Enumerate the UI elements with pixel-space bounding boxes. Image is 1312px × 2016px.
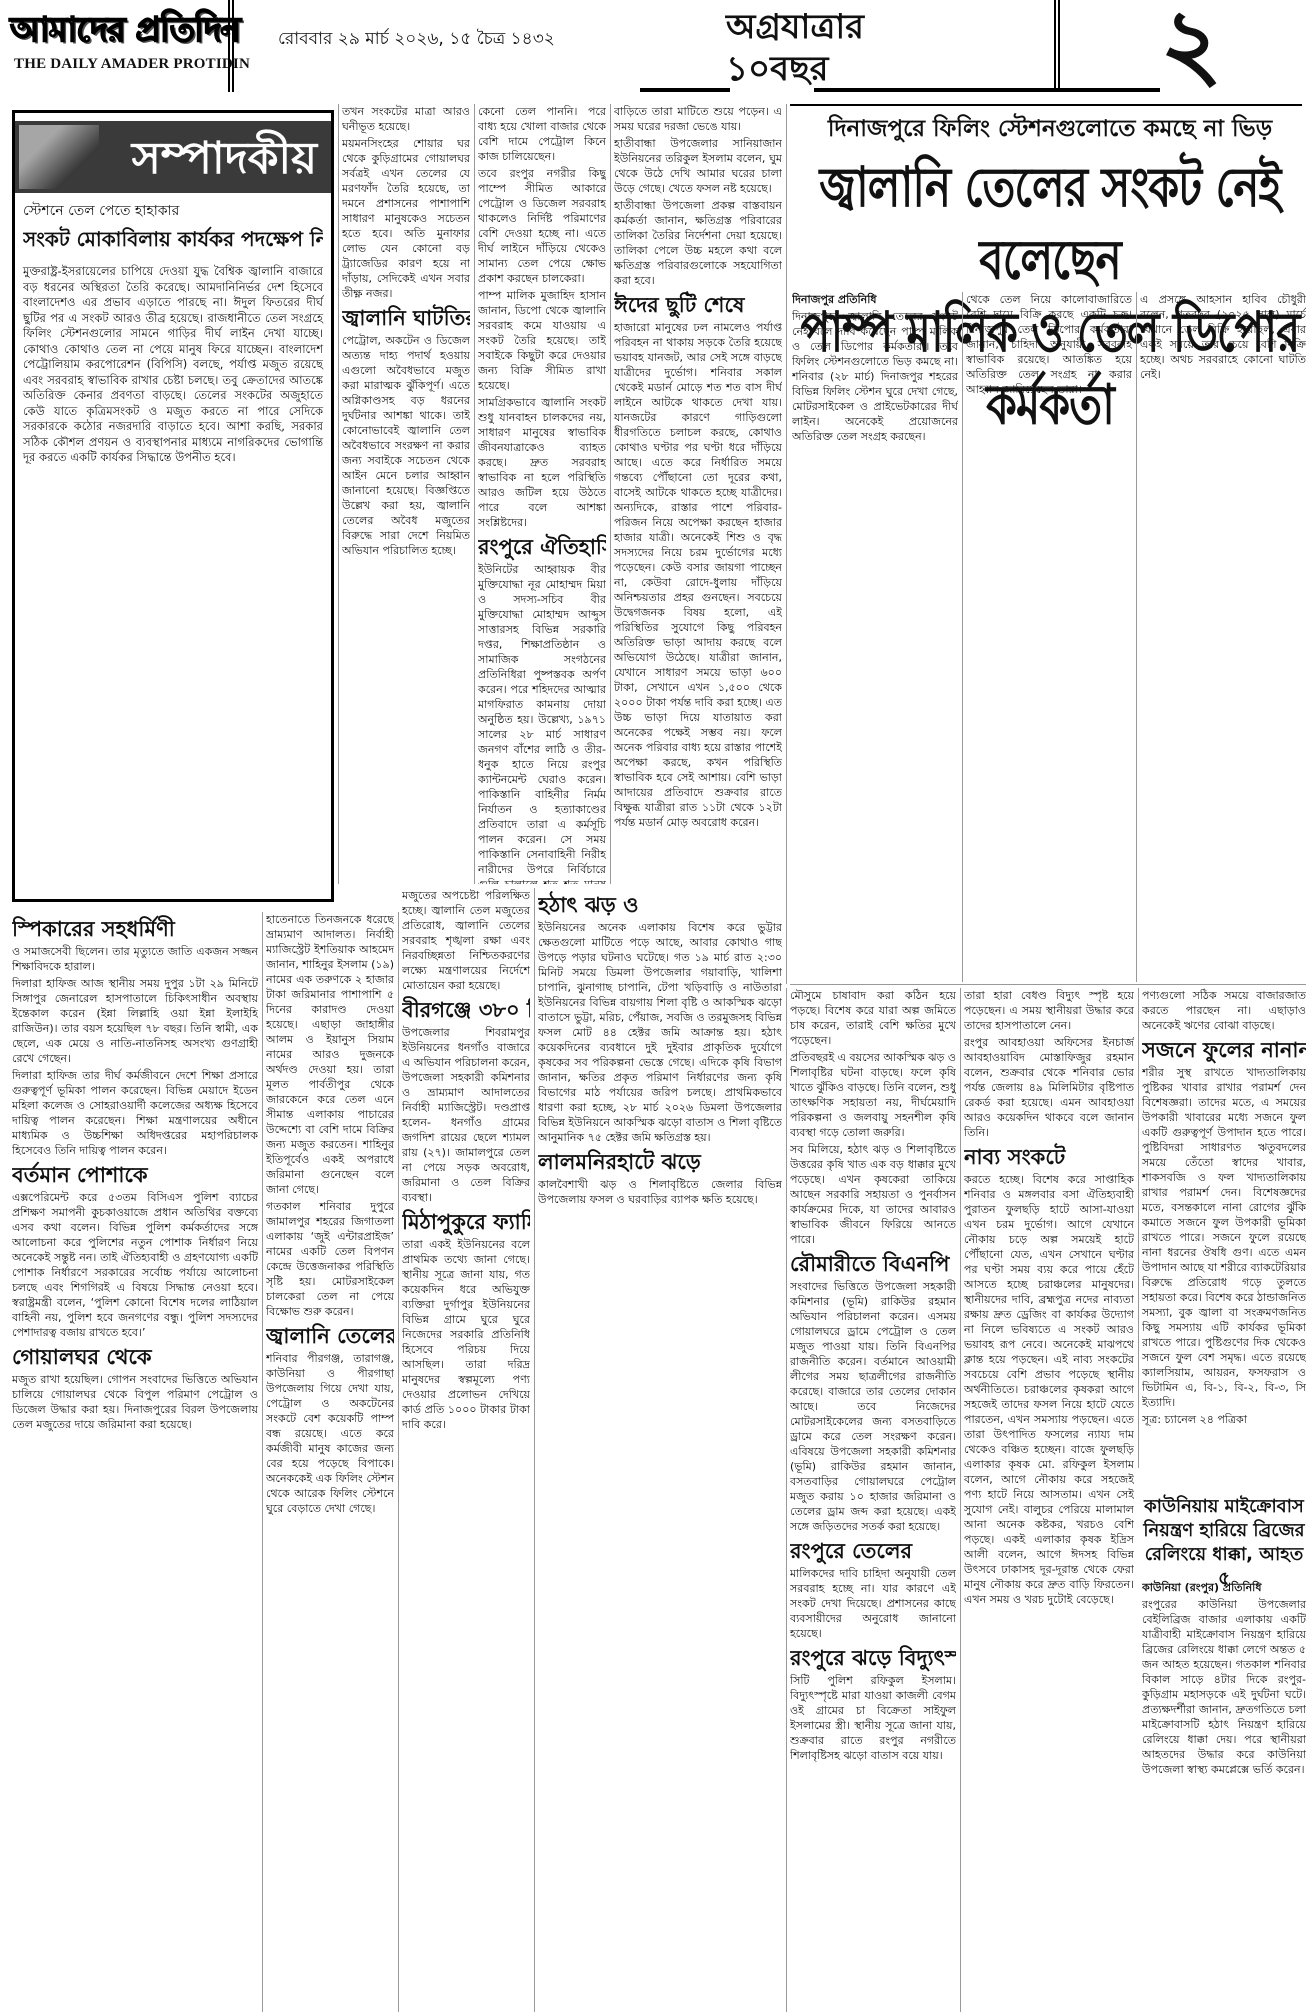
paragraph: ইউনিয়নের অনেক এলাকায় বিশেষ করে ভুট্টার… (538, 920, 782, 1145)
column-divider (962, 292, 963, 982)
column-divider (534, 888, 535, 2012)
column-divider (960, 988, 961, 2012)
paragraph: ইউনিটের আহ্বায়ক বীর মুক্তিযোদ্ধা নূর মো… (478, 562, 606, 884)
paragraph: শনিবার পীরগঞ্জ, তারাগঞ্জ, কাউনিয়া ও পীর… (266, 1351, 394, 1516)
editorial-headline: সংকট মোকাবিলায় কার্যকর পদক্ষেপ নিন (23, 225, 323, 258)
editorial-body: মুক্তরাষ্ট্র-ইসরায়েলের চাপিয়ে দেওয়া য… (23, 264, 323, 466)
byline: কাউনিয়া (রংপুর) প্রতিনিধি (1142, 1580, 1306, 1595)
paragraph: তখন সংকটের মাত্রা আরও ঘনীভূত হয়েছে। (342, 104, 470, 134)
paragraph: ময়মনসিংহের শোয়ার ঘর থেকে কুড়িগ্রামের … (342, 136, 470, 301)
paragraph: ও সমাজসেবী ছিলেন। তার মৃত্যুতে জাতি একজন… (12, 944, 258, 974)
article-column-roumari: মৌসুমে চাষাবাদ করা কঠিন হয়ে পড়ছে। বিশে… (790, 988, 956, 2012)
masthead-divider-right (1054, 0, 1060, 92)
article-column-navigability: তারা হারা বেধণ্ড বিদ্যুৎ স্পৃষ্ট হয়ে পড… (964, 988, 1134, 2012)
lead-story-kicker: দিনাজপুরে ফিলিং স্টেশনগুলোতে কমছে না ভিড… (800, 110, 1300, 149)
article-column-speaker-wife: স্পিকারের সহধর্মিণী ও সমাজসেবী ছিলেন। তা… (12, 912, 258, 2012)
paragraph: পেট্রোল, অকটেন ও ডিজেল অত্যন্ত দাহ্য পদা… (342, 333, 470, 558)
column-divider (786, 104, 787, 984)
lead-story-column-3: এ প্রসঙ্গে আহসান হাবিব চৌধুরী বলেন, গতবছ… (1140, 292, 1306, 982)
subhead: রংপুরে ঐতিহাসিক (478, 534, 606, 560)
paragraph: রংপুরের কাউনিয়া উপজেলার বেইলিব্রিজ বাজা… (1142, 1597, 1306, 1777)
paragraph: শরীর সুস্থ রাখতে খাদ্যতালিকায় পুষ্টিকর … (1142, 1065, 1306, 1410)
lead-story-column-1: দিনাজপুর প্রতিনিধি দিনাজপুরে জ্বালানি তে… (792, 292, 958, 982)
subhead: মিঠাপুকুরে ফ্যামিলি (402, 1209, 530, 1235)
column-divider (338, 104, 339, 884)
paragraph: তারা হারা বেধণ্ড বিদ্যুৎ স্পৃষ্ট হয়ে পড… (964, 988, 1134, 1033)
lead-story-rule (790, 104, 1302, 106)
lead-headline-line-1: জ্বালানি তেলের সংকট নেই বলেছেন (790, 152, 1310, 297)
paragraph: কেনো তেল পাননি। পরে বাধ্য হয়ে খোলা বাজা… (478, 104, 606, 164)
sidebar-story-body: কাউনিয়া (রংপুর) প্রতিনিধি রংপুরের কাউনি… (1142, 1580, 1306, 2010)
editorial-kicker: স্টেশনে তেল পেতে হাহাকার (23, 199, 323, 223)
subhead: লালমনিরহাটে ঝড়ে (538, 1149, 782, 1175)
subhead: ঈদের ছুটি শেষে (614, 292, 782, 318)
paragraph: গতকাল শনিবার দুপুরে জামালপুর শহরের জিগাত… (266, 1199, 394, 1319)
paragraph: মালিকদের দাবি চাহিদা অনুযায়ী তেল সরবরাহ… (790, 1566, 956, 1641)
article-column-mobile-court: হাতেনাতে তিনজনকে ধরেছে ভ্রাম্যমাণ আদালত।… (266, 912, 394, 2012)
paragraph: সব মিলিয়ে, হঠাৎ ঝড় ও শিলাবৃষ্টিতে উত্ত… (790, 1142, 956, 1247)
paragraph: হাতীবান্ধা উপজেলা প্রকল্প বাস্তবায়ন কর্… (614, 198, 782, 288)
paragraph: প্রতিবছরই এ বয়সের আকস্মিক ঝড় ও শিলাবৃষ… (790, 1050, 956, 1140)
paragraph: মৌসুমে চাষাবাদ করা কঠিন হয়ে পড়ছে। বিশে… (790, 988, 956, 1048)
subhead: সজনে ফুলের নানান (1142, 1037, 1306, 1063)
subhead: জ্বালানি ঘাটতির (342, 305, 470, 331)
subhead: বীরগঞ্জে ৩৮০ লিটার (402, 997, 530, 1023)
paragraph: সংবাদের ভিত্তিতে উপজেলা সহকারী কমিশনার (… (790, 1279, 956, 1534)
article-column-rangpur: কেনো তেল পাননি। পরে বাধ্য হয়ে খোলা বাজা… (478, 104, 606, 884)
newspaper-name-english: THE DAILY AMADER PROTIDIN (14, 56, 250, 73)
subhead: স্পিকারের সহধর্মিণী (12, 916, 258, 942)
paragraph: হাজারো মানুষের ঢল নামলেও পর্যাপ্ত পরিবহন… (614, 320, 782, 830)
lead-story-column-2: থেকে তেল নিয়ে কালোবাজারিতে বেশি দামে বি… (966, 292, 1132, 982)
paragraph: তবে রংপুর নগরীর কিছু পাম্পে সীমিত আকারে … (478, 166, 606, 286)
paragraph: সামগ্রিকভাবে জ্বালানি সংকট শুধু যানবাহন … (478, 395, 606, 530)
paragraph: দিলারা হাফিজ আজ স্থানীয় সময় দুপুর ১টা … (12, 976, 258, 1066)
column-divider (398, 912, 399, 2012)
editorial-banner: সম্পাদকীয় (15, 121, 331, 193)
paragraph: থেকে তেল নিয়ে কালোবাজারিতে বেশি দামে বি… (966, 292, 1132, 397)
masthead-underline-left (640, 88, 730, 92)
paragraph: হাতেনাতে তিনজনকে ধরেছে ভ্রাম্যমাণ আদালত।… (266, 912, 394, 1197)
column-divider (474, 104, 475, 884)
subhead: রংপুরে তেলের (790, 1538, 956, 1564)
column-divider (1138, 988, 1139, 1468)
newspaper-logo: আমাদের প্রতিদিন (10, 4, 240, 61)
byline: দিনাজপুর প্রতিনিধি (792, 292, 958, 307)
paragraph: দিনাজপুরে জ্বালানি তেলের সংকট নেই বলে দা… (792, 309, 958, 444)
subhead: রংপুরে ঝড়ে বিদ্যুৎস্পৃষ্ট (790, 1645, 956, 1671)
column-divider (786, 988, 787, 2012)
paragraph: পণ্যগুলো সঠিক সময়ে বাজারজাত করতে পারছেন… (1142, 988, 1306, 1033)
article-column-fuel-shortage: তখন সংকটের মাত্রা আরও ঘনীভূত হয়েছে। ময়… (342, 104, 470, 884)
subhead: নাব্য সংকটে (964, 1144, 1134, 1170)
paragraph: কালবৈশাখী ঝড় ও শিলাবৃষ্টিতে জেলার বিভিন… (538, 1177, 782, 1207)
subhead: হঠাৎ ঝড় ও (538, 892, 782, 918)
section-divider (790, 984, 1306, 985)
masthead-divider (228, 0, 234, 92)
paragraph: করতে হচ্ছে। বিশেষ করে সাপ্তাহিক শনিবার ও… (964, 1172, 1134, 1607)
paragraph: হাতীবান্ধা উপজেলার সানিয়াজান ইউনিয়নের … (614, 136, 782, 196)
anniversary-line-1: অগ্রযাত্রার (726, 6, 864, 48)
article-column-storm: হঠাৎ ঝড় ও ইউনিয়নের অনেক এলাকায় বিশেষ … (538, 888, 782, 2012)
editorial-box: সম্পাদকীয় স্টেশনে তেল পেতে হাহাকার সংকট… (12, 110, 334, 902)
paragraph: এক্সপেরিমেন্ট করে ৫৩তম বিসিএস পুলিশ ব্যা… (12, 1190, 258, 1340)
subhead: রৌমারীতে বিএনপি (790, 1251, 956, 1277)
source-credit: সূত্র: চ্যানেল ২৪ পত্রিকা (1142, 1412, 1306, 1427)
article-column-eid: বাড়িতে তারা মাটিতে শুয়ে পড়েন। এ সময় … (614, 104, 782, 984)
masthead-underline (814, 88, 1160, 92)
paragraph: এ প্রসঙ্গে আহসান হাবিব চৌধুরী বলেন, গতবছ… (1140, 292, 1306, 382)
article-column-moringa: পণ্যগুলো সঠিক সময়ে বাজারজাত করতে পারছেন… (1142, 988, 1306, 1468)
paragraph: তারা একই ইউনিয়নের বলে প্রাথমিক তথ্যে জা… (402, 1237, 530, 1432)
column-divider (262, 912, 263, 2012)
page-number: ২ (1160, 0, 1222, 94)
paragraph: মজুতের অপচেষ্টা পরিলক্ষিত হচ্ছে। জ্বালান… (402, 888, 530, 993)
quill-pen-icon (19, 125, 99, 189)
subhead: জ্বালানি তেলের (266, 1323, 394, 1349)
column-divider (1136, 292, 1137, 982)
sidebar-story-headline: কাউনিয়ায় মাইক্রোবাস নিয়ন্ত্রণ হারিয়ে… (1142, 1495, 1306, 1591)
column-divider (610, 104, 611, 884)
paragraph: পাম্প মালিক মুজাহিদ হাসান জানান, ডিপো থে… (478, 288, 606, 393)
paragraph: মজুত রাখা হয়েছিল। গোপন সংবাদের ভিত্তিতে… (12, 1372, 258, 1432)
paragraph: উপজেলার শিবরামপুর ইউনিয়নের ধনগাঁও বাজার… (402, 1025, 530, 1205)
issue-date: রোববার ২৯ মার্চ ২০২৬, ১৫ চৈত্র ১৪৩২ (278, 26, 555, 54)
masthead: আমাদের প্রতিদিন THE DAILY AMADER PROTIDI… (0, 0, 1312, 100)
paragraph: রংপুর আবহাওয়া অফিসের ইনচার্জ আবহাওয়াবি… (964, 1035, 1134, 1140)
article-column-birganj: মজুতের অপচেষ্টা পরিলক্ষিত হচ্ছে। জ্বালান… (402, 888, 530, 2012)
subhead: বর্তমান পোশাকে (12, 1162, 258, 1188)
paragraph: দিলারা হাফিজ তার দীর্ঘ কর্মজীবনে দেশে শি… (12, 1068, 258, 1158)
editorial-title: সম্পাদকীয় (132, 125, 317, 198)
anniversary-line-2: ১০বছর (726, 48, 864, 90)
paragraph: সিটি পুলিশ রফিকুল ইসলাম। বিদ্যুৎস্পৃষ্টে… (790, 1673, 956, 1763)
anniversary-badge: অগ্রযাত্রার ১০বছর (726, 6, 864, 90)
paragraph: বাড়িতে তারা মাটিতে শুয়ে পড়েন। এ সময় … (614, 104, 782, 134)
subhead: গোয়ালঘর থেকে (12, 1344, 258, 1370)
